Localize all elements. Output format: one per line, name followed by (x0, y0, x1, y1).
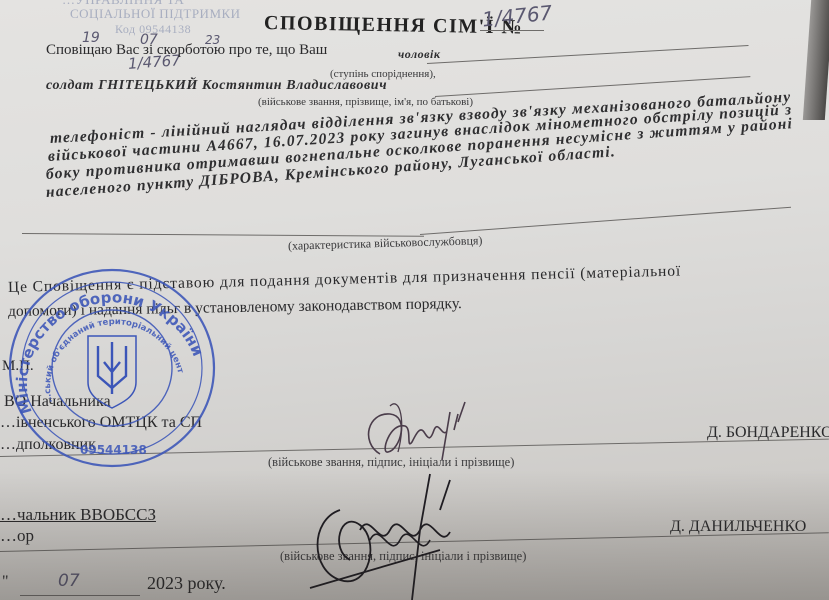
document-page: …УПРАВЛІННЯ ТА СОЦІАЛЬНОЇ ПІДТРИМКИ Код … (0, 0, 829, 600)
notice-number: 1/4767 (481, 0, 553, 31)
signatory1-name: Д. БОНДАРЕНКО (707, 424, 829, 442)
official-stamp: Міністерство оборони України …ський об'є… (2, 262, 220, 472)
stamp-code: 09544138 (80, 443, 147, 457)
stamp-outer-text: Міністерство оборони України (13, 288, 207, 416)
svg-text:Міністерство оборони України: Міністерство оборони України (13, 288, 207, 416)
notice-intro: Сповіщаю Вас зі скорботою про те, що Ваш (46, 42, 327, 59)
issuer-org-line2: СОЦІАЛЬНОЇ ПІДТРИМКИ (70, 6, 241, 22)
details-line-right (420, 207, 791, 236)
person-caption: (військове звання, прізвище, ім'я, по ба… (258, 96, 473, 108)
relation-line (427, 45, 749, 64)
number-underline (480, 30, 544, 31)
background-edge (803, 0, 829, 120)
tryzub-icon (88, 336, 136, 408)
relation-value: чоловік (398, 47, 440, 62)
soldier-name: солдат ГНІТЕЦЬКИЙ Костянтин Владиславови… (46, 78, 387, 94)
photo-shadow (0, 470, 829, 600)
signature-1 (350, 392, 480, 472)
